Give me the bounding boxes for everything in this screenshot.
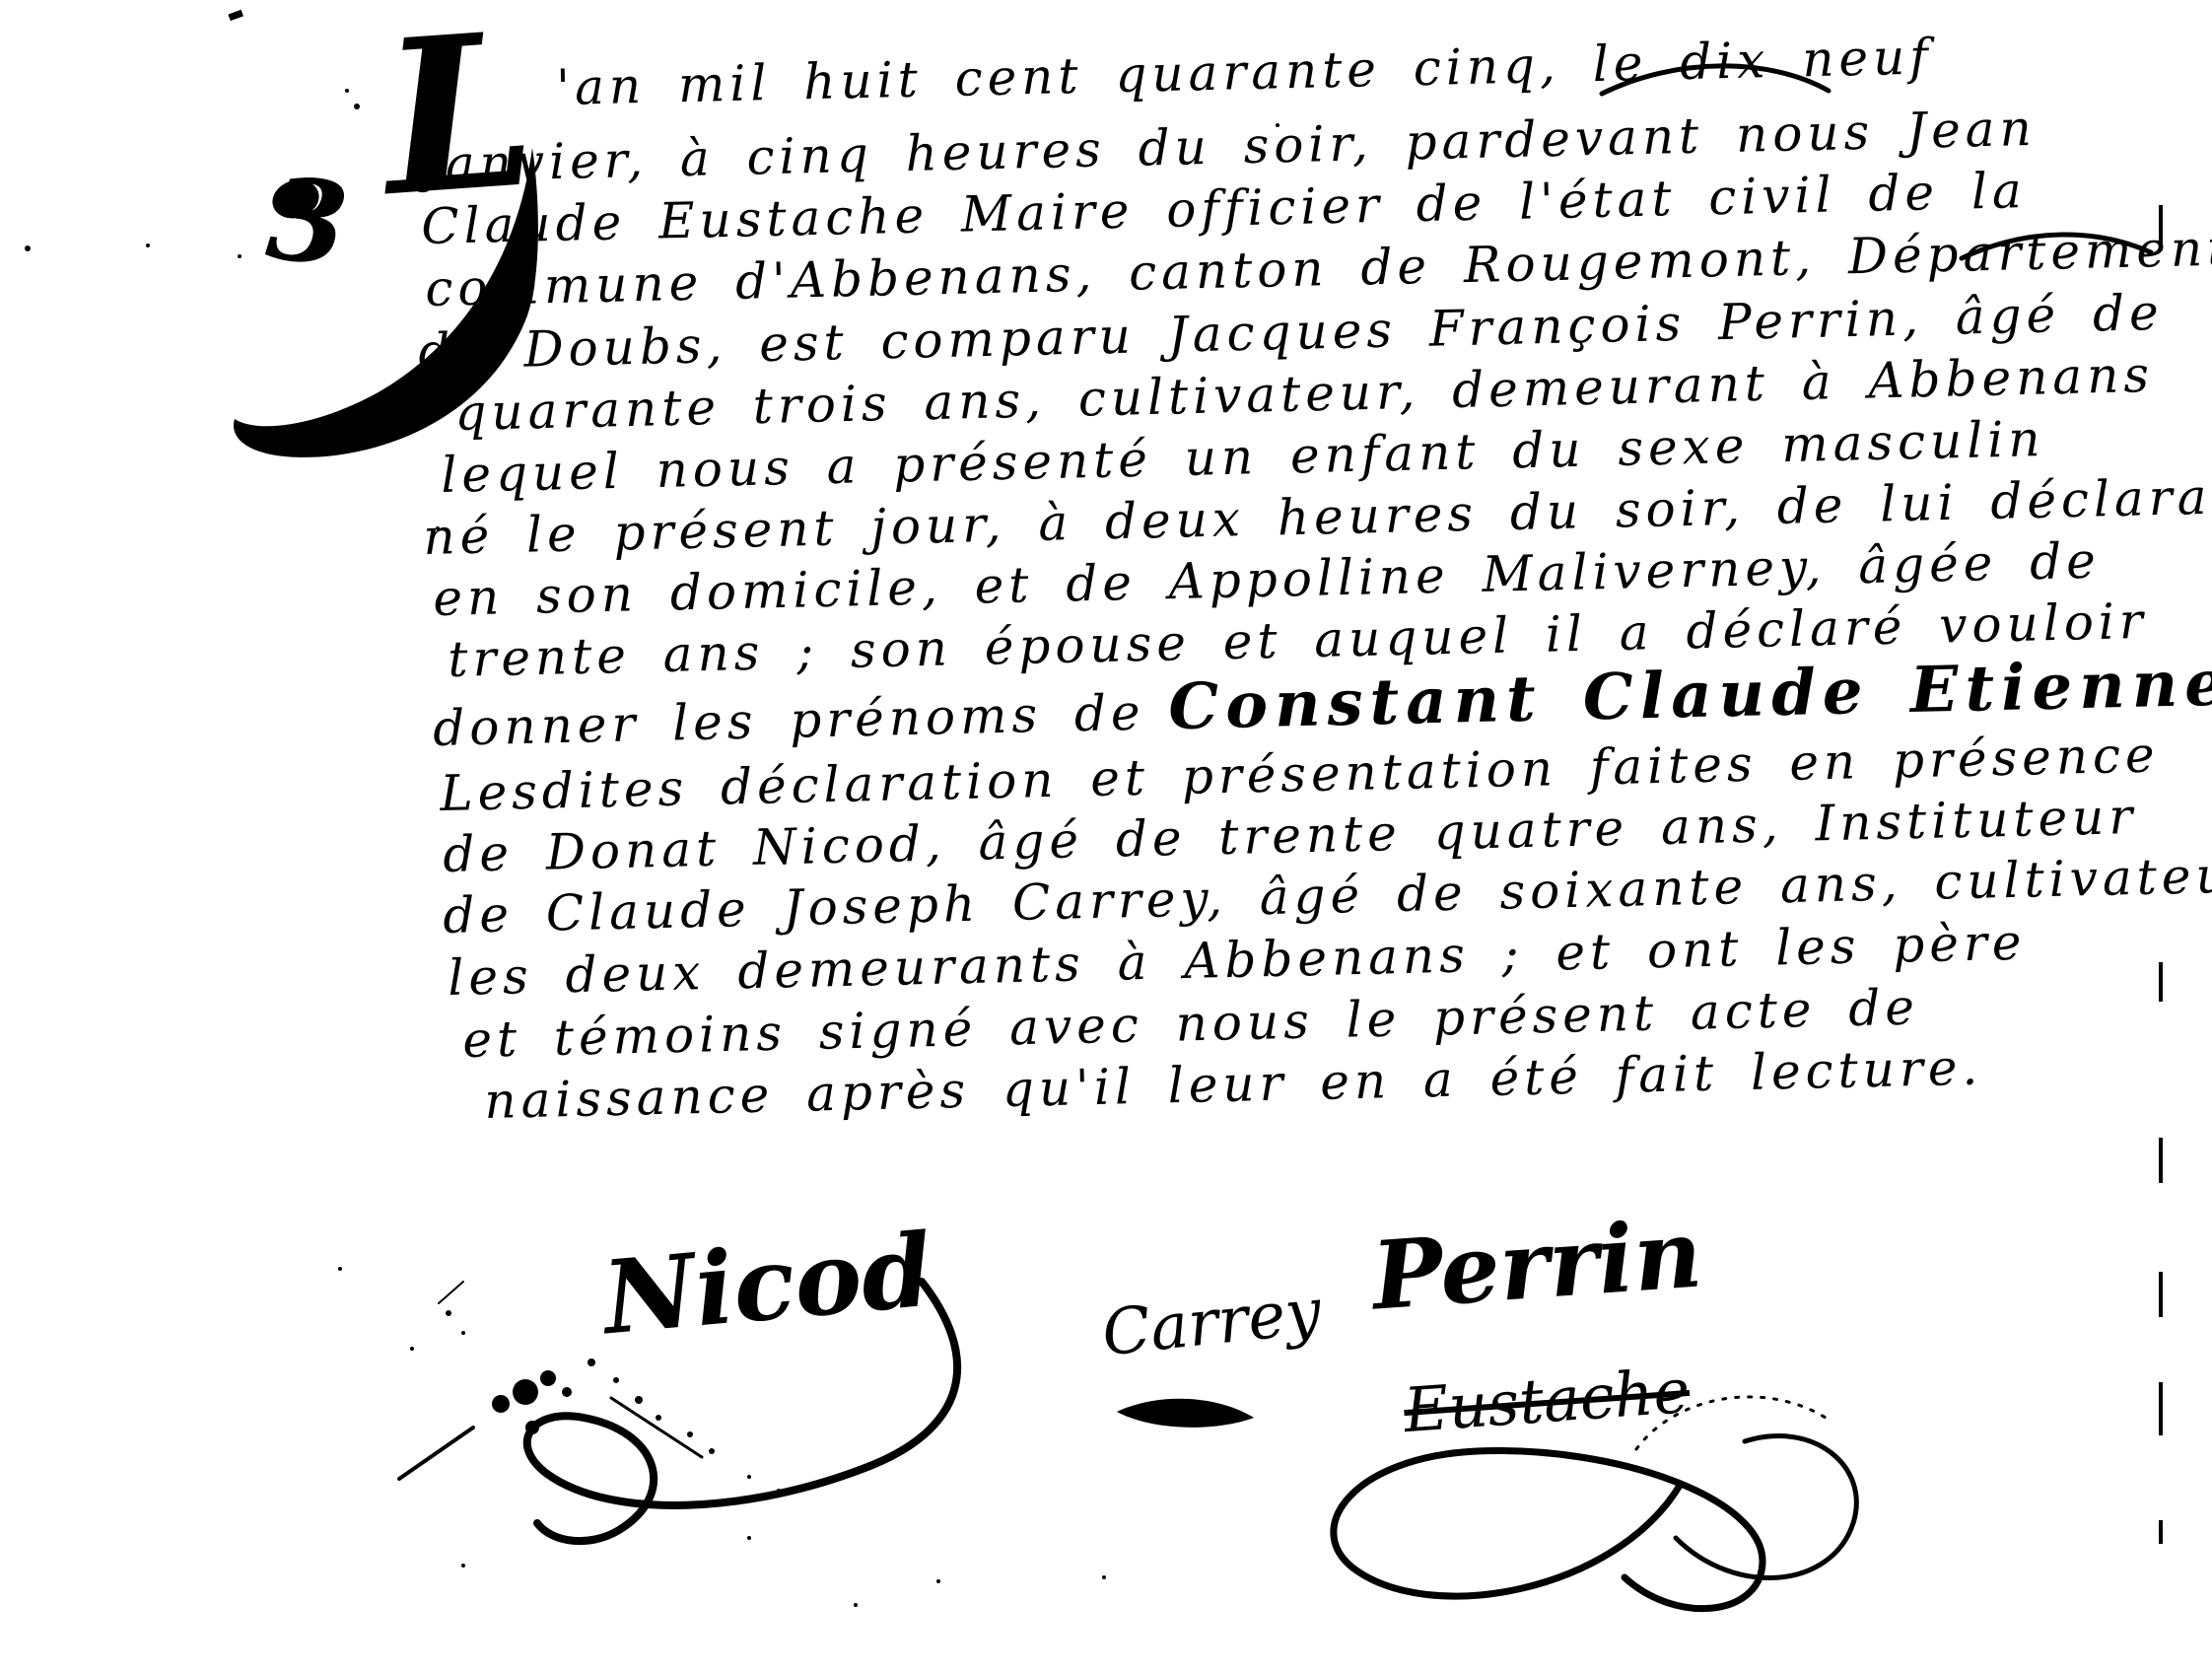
signature-eustache: Eustache [1402,1360,1692,1441]
scanned-page: 3 L 'an mil huit cent quarante cinq, le … [0,0,2212,1673]
act-number: 3 [261,152,354,293]
given-names-prefix: donner les prénoms de [433,684,1146,757]
signature-nicod: Nicod [599,1220,935,1350]
manuscript-line-1: 'an mil huit cent quarante cinq, le dix … [556,30,1934,115]
signature-perrin: Perrin [1369,1207,1704,1323]
signature-carrey: Carrey [1099,1281,1324,1366]
carrey-flourish [1117,1399,1254,1428]
